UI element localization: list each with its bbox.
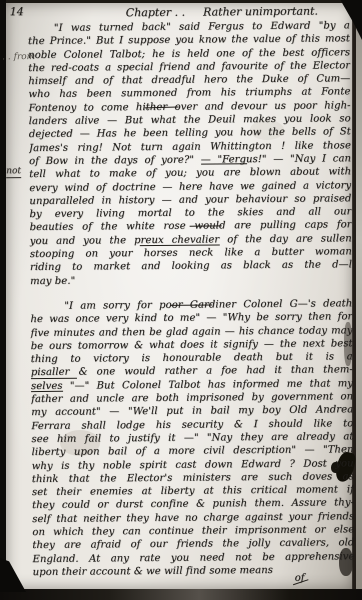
chapter-heading-label: Chapter . .	[126, 6, 185, 20]
chapter-heading-title: Rather unimportant.	[203, 5, 318, 19]
page-number: 14	[10, 5, 24, 18]
manuscript-line: England. At any rate you need not be app…	[32, 550, 354, 566]
chapter-heading: Chapter . .Rather unimportant.	[126, 5, 318, 20]
manuscript-line: may be."	[30, 272, 352, 288]
manuscript-photo: 14 Chapter . .Rather unimportant. . . fr…	[0, 0, 362, 600]
manuscript-line: riding to market and looking as black as…	[30, 259, 352, 275]
paragraph-2: "I am sorry for poor Gardiner Colonel G—…	[30, 297, 354, 579]
paragraph-1: "I was turned back" said Fergus to Edwar…	[28, 19, 352, 288]
manuscript-line: upon their account & we will find some m…	[33, 563, 355, 579]
margin-note-not: not	[6, 166, 21, 178]
manuscript-content: 14 Chapter . .Rather unimportant. . . fr…	[0, 0, 362, 600]
catchword: of	[295, 573, 305, 584]
